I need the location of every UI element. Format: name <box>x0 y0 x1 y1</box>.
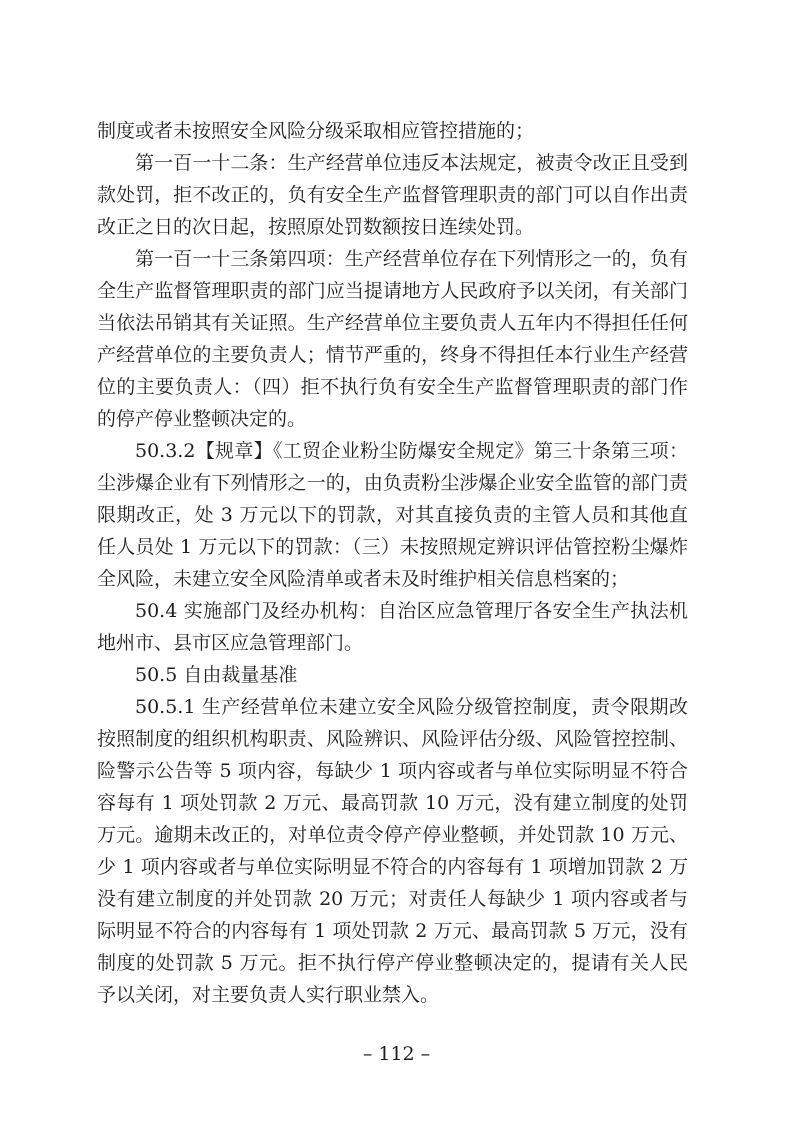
text-line: 改正之日的次日起，按照原处罚数额按日连续处罚。 <box>97 211 688 243</box>
text-line: 没有建立制度的并处罚款 20 万元；对责任人每缺少 1 项内容或者与单位实 <box>97 883 688 915</box>
document-page: 制度或者未按照安全风险分级采取相应管控措施的； 第一百一十二条：生产经营单位违反… <box>0 0 793 1122</box>
text-line: 际明显不符合的内容每有 1 项处罚款 2 万元、最高罚款 5 万元，没有建立 <box>97 915 688 947</box>
text-line: 按照制度的组织机构职责、风险辨识、风险评估分级、风险管控控制、风 <box>97 723 688 755</box>
text-line: 地州市、县市区应急管理部门。 <box>97 627 688 659</box>
text-line: 全生产监督管理职责的部门应当提请地方人民政府予以关闭，有关部门应 <box>97 275 688 307</box>
text-line: 制度或者未按照安全风险分级采取相应管控措施的； <box>97 115 688 147</box>
page-number: – 112 – <box>0 1041 793 1067</box>
text-line: 的停产停业整顿决定的。 <box>97 403 688 435</box>
text-line: 予以关闭，对主要负责人实行职业禁入。 <box>97 979 688 1011</box>
text-line: 50.4 实施部门及经办机构：自治区应急管理厅各安全生产执法机构， <box>97 595 688 627</box>
page-body-text: 制度或者未按照安全风险分级采取相应管控措施的； 第一百一十二条：生产经营单位违反… <box>97 115 688 1011</box>
text-line: 第一百一十二条：生产经营单位违反本法规定，被责令改正且受到罚 <box>97 147 688 179</box>
text-line: 万元。逾期未改正的，对单位责令停产停业整顿，并处罚款 10 万元、每缺 <box>97 819 688 851</box>
text-line: 限期改正，处 3 万元以下的罚款，对其直接负责的主管人员和其他直接责 <box>97 499 688 531</box>
text-line: 全风险，未建立安全风险清单或者未及时维护相关信息档案的； <box>97 563 688 595</box>
text-line: 50.5.1 生产经营单位未建立安全风险分级管控制度，责令限期改正， <box>97 691 688 723</box>
text-line: 50.5 自由裁量基准 <box>97 659 688 691</box>
text-line: 当依法吊销其有关证照。生产经营单位主要负责人五年内不得担任任何生 <box>97 307 688 339</box>
text-line: 险警示公告等 5 项内容，每缺少 1 项内容或者与单位实际明显不符合的内 <box>97 755 688 787</box>
text-line: 少 1 项内容或者与单位实际明显不符合的内容每有 1 项增加罚款 2 万元， <box>97 851 688 883</box>
text-line: 50.3.2【规章】《工贸企业粉尘防爆安全规定》第三十条第三项：粉 <box>97 435 688 467</box>
text-line: 位的主要负责人：（四）拒不执行负有安全生产监督管理职责的部门作出 <box>97 371 688 403</box>
text-line: 容每有 1 项处罚款 2 万元、最高罚款 10 万元，没有建立制度的处罚款 10 <box>97 787 688 819</box>
text-line: 尘涉爆企业有下列情形之一的，由负责粉尘涉爆企业安全监管的部门责令 <box>97 467 688 499</box>
text-line: 产经营单位的主要负责人；情节严重的，终身不得担任本行业生产经营单 <box>97 339 688 371</box>
text-line: 第一百一十三条第四项：生产经营单位存在下列情形之一的，负有安 <box>97 243 688 275</box>
text-line: 制度的处罚款 5 万元。拒不执行停产停业整顿决定的，提请有关人民政府 <box>97 947 688 979</box>
text-line: 任人员处 1 万元以下的罚款：（三）未按照规定辨识评估管控粉尘爆炸安 <box>97 531 688 563</box>
text-line: 款处罚，拒不改正的，负有安全生产监督管理职责的部门可以自作出责令 <box>97 179 688 211</box>
